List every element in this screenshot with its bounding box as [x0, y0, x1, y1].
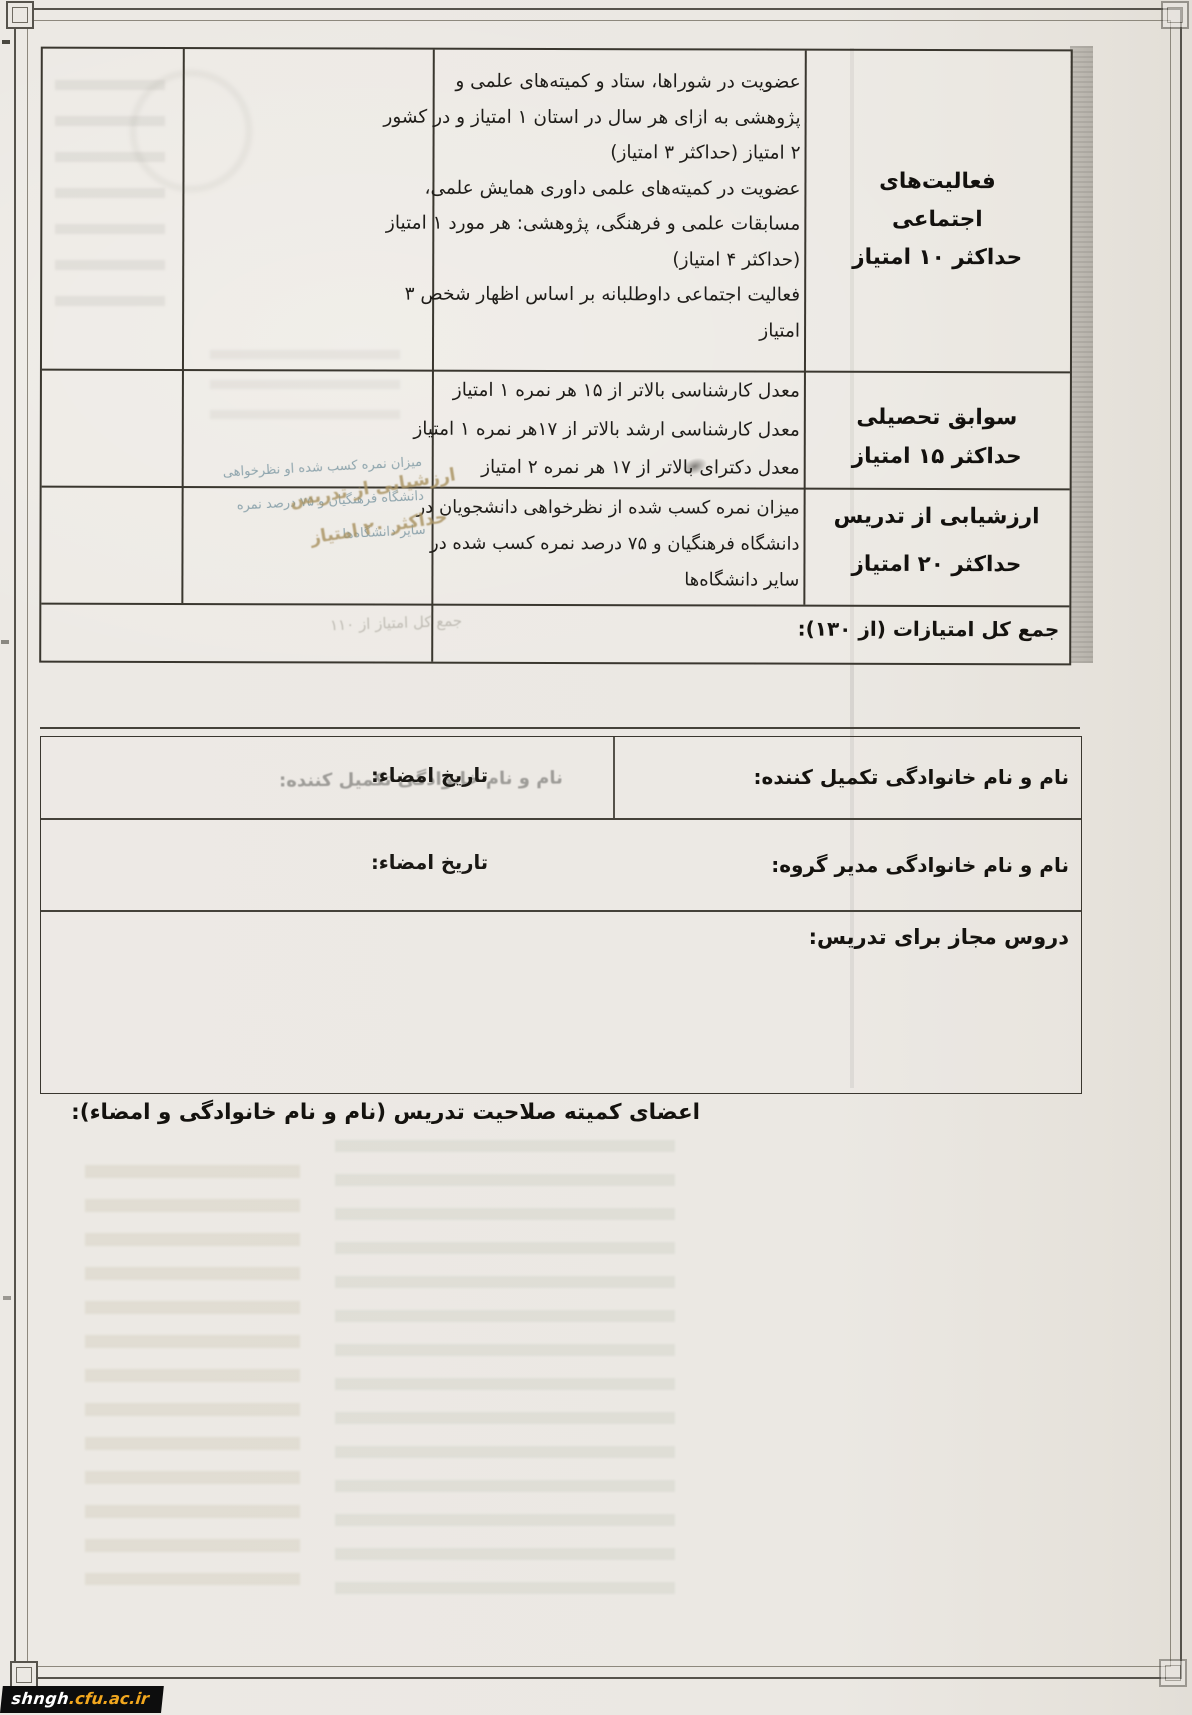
scanned-form-page: عضویت در شوراها، ستاد و کمیته‌های علمی و…	[0, 0, 1192, 1715]
fields-divider-2	[41, 910, 1081, 912]
row-title-line: اجتماعی	[808, 201, 1066, 240]
manager-name-label: نام و نام خانوادگی مدیر گروه:	[771, 853, 1069, 877]
criteria-line: (حداکثر ۴ امتیاز)	[438, 241, 800, 277]
criteria-line: میزان نمره کسب شده از نظرخواهی دانشجویان…	[438, 490, 800, 527]
row8-criteria: معدل کارشناسی بالاتر از ۱۵ هر نمره ۱ امت…	[434, 372, 800, 488]
row-title-line: حداکثر ۱۰ امتیاز	[808, 239, 1066, 278]
criteria-line: معدل دکترای بالاتر از ۱۷ هر نمره ۲ امتیا…	[438, 449, 800, 488]
scan-edge-mark	[1, 640, 9, 644]
row-title-line: ارزشیابی از تدریس	[808, 493, 1066, 542]
row9-criteria: میزان نمره کسب شده از نظرخواهی دانشجویان…	[433, 490, 799, 599]
criteria-line: پژوهشی به ازای هر سال در استان ۱ امتیاز …	[439, 99, 801, 135]
scan-edge-mark	[2, 40, 10, 44]
frame-corner-bottom-left	[10, 1661, 38, 1689]
signature-fields-box: نام و نام خانوادگی تکمیل کننده: نام و نا…	[40, 736, 1082, 1094]
row8-title: سوابق تحصیلی حداکثر ۱۵ امتیاز	[808, 398, 1066, 477]
total-score-label: جمع کل امتیازات (از ۱۳۰):	[798, 617, 1060, 642]
frame-corner-inner	[16, 1667, 32, 1683]
frame-corner-inner	[1167, 7, 1183, 23]
frame-corner-bottom-right	[1159, 1659, 1187, 1687]
committee-members-heading: اعضای کمیته صلاحیت تدریس (نام و نام خانو…	[60, 1100, 700, 1125]
criteria-line: معدل کارشناسی ارشد بالاتر از ۱۷هر نمره ۱…	[438, 410, 800, 449]
fields-divider-1	[41, 818, 1081, 820]
allowed-courses-label: دروس مجاز برای تدریس:	[809, 925, 1069, 949]
completer-date-signature-label: تاریخ امضاء:	[371, 764, 488, 787]
scan-edge-mark	[3, 1296, 11, 1300]
row-title-line: حداکثر ۱۵ امتیاز	[808, 437, 1066, 477]
table-vline-col3	[803, 51, 806, 605]
table-hline-row9-total	[41, 603, 1069, 607]
frame-corner-top-left	[6, 1, 34, 29]
table-vline-col1	[181, 49, 184, 603]
criteria-line: معدل کارشناسی بالاتر از ۱۵ هر نمره ۱ امت…	[438, 372, 800, 411]
row7-title: فعالیت‌های اجتماعی حداکثر ۱۰ امتیاز	[808, 163, 1066, 278]
criteria-line: سایر دانشگاه‌ها	[437, 562, 799, 599]
row9-title: ارزشیابی از تدریس حداکثر ۲۰ امتیاز	[807, 493, 1065, 590]
fields-box-double-rule	[40, 727, 1080, 729]
frame-corner-inner	[1165, 1665, 1181, 1681]
row-title-line: فعالیت‌های	[808, 163, 1066, 202]
frame-corner-top-right	[1161, 1, 1189, 29]
criteria-line: دانشگاه فرهنگیان و ۷۵ درصد نمره کسب شده …	[437, 526, 799, 563]
row7-criteria: عضویت در شوراها، ستاد و کمیته‌های علمی و…	[434, 64, 801, 349]
fields-row1-vline	[613, 737, 615, 818]
scan-margin-strip	[1070, 46, 1093, 663]
criteria-line: عضویت در شوراها، ستاد و کمیته‌های علمی و	[439, 64, 801, 100]
row-title-line: حداکثر ۲۰ امتیاز	[807, 541, 1065, 590]
row-title-line: سوابق تحصیلی	[808, 398, 1066, 438]
score-table: عضویت در شوراها، ستاد و کمیته‌های علمی و…	[39, 47, 1073, 666]
site-watermark: shngh.cfu.ac.ir	[0, 1686, 164, 1713]
completer-name-label: نام و نام خانوادگی تکمیل کننده:	[754, 765, 1069, 789]
criteria-line: مسابقات علمی و فرهنگی، پژوهشی: هر مورد ۱…	[438, 206, 800, 242]
criteria-line: فعالیت اجتماعی داوطلبانه بر اساس اظهار ش…	[438, 277, 800, 313]
watermark-domain-main: shngh	[11, 1689, 71, 1708]
manager-date-signature-label: تاریخ امضاء:	[371, 851, 488, 874]
watermark-domain-suffix: .cfu.ac.ir	[68, 1689, 150, 1708]
criteria-line: عضویت در کمیته‌های علمی داوری همایش علمی…	[438, 170, 800, 206]
criteria-line: امتیاز	[438, 312, 800, 348]
criteria-line: ۲ امتیاز (حداکثر ۳ امتیاز)	[438, 135, 800, 171]
frame-corner-inner	[12, 7, 28, 23]
